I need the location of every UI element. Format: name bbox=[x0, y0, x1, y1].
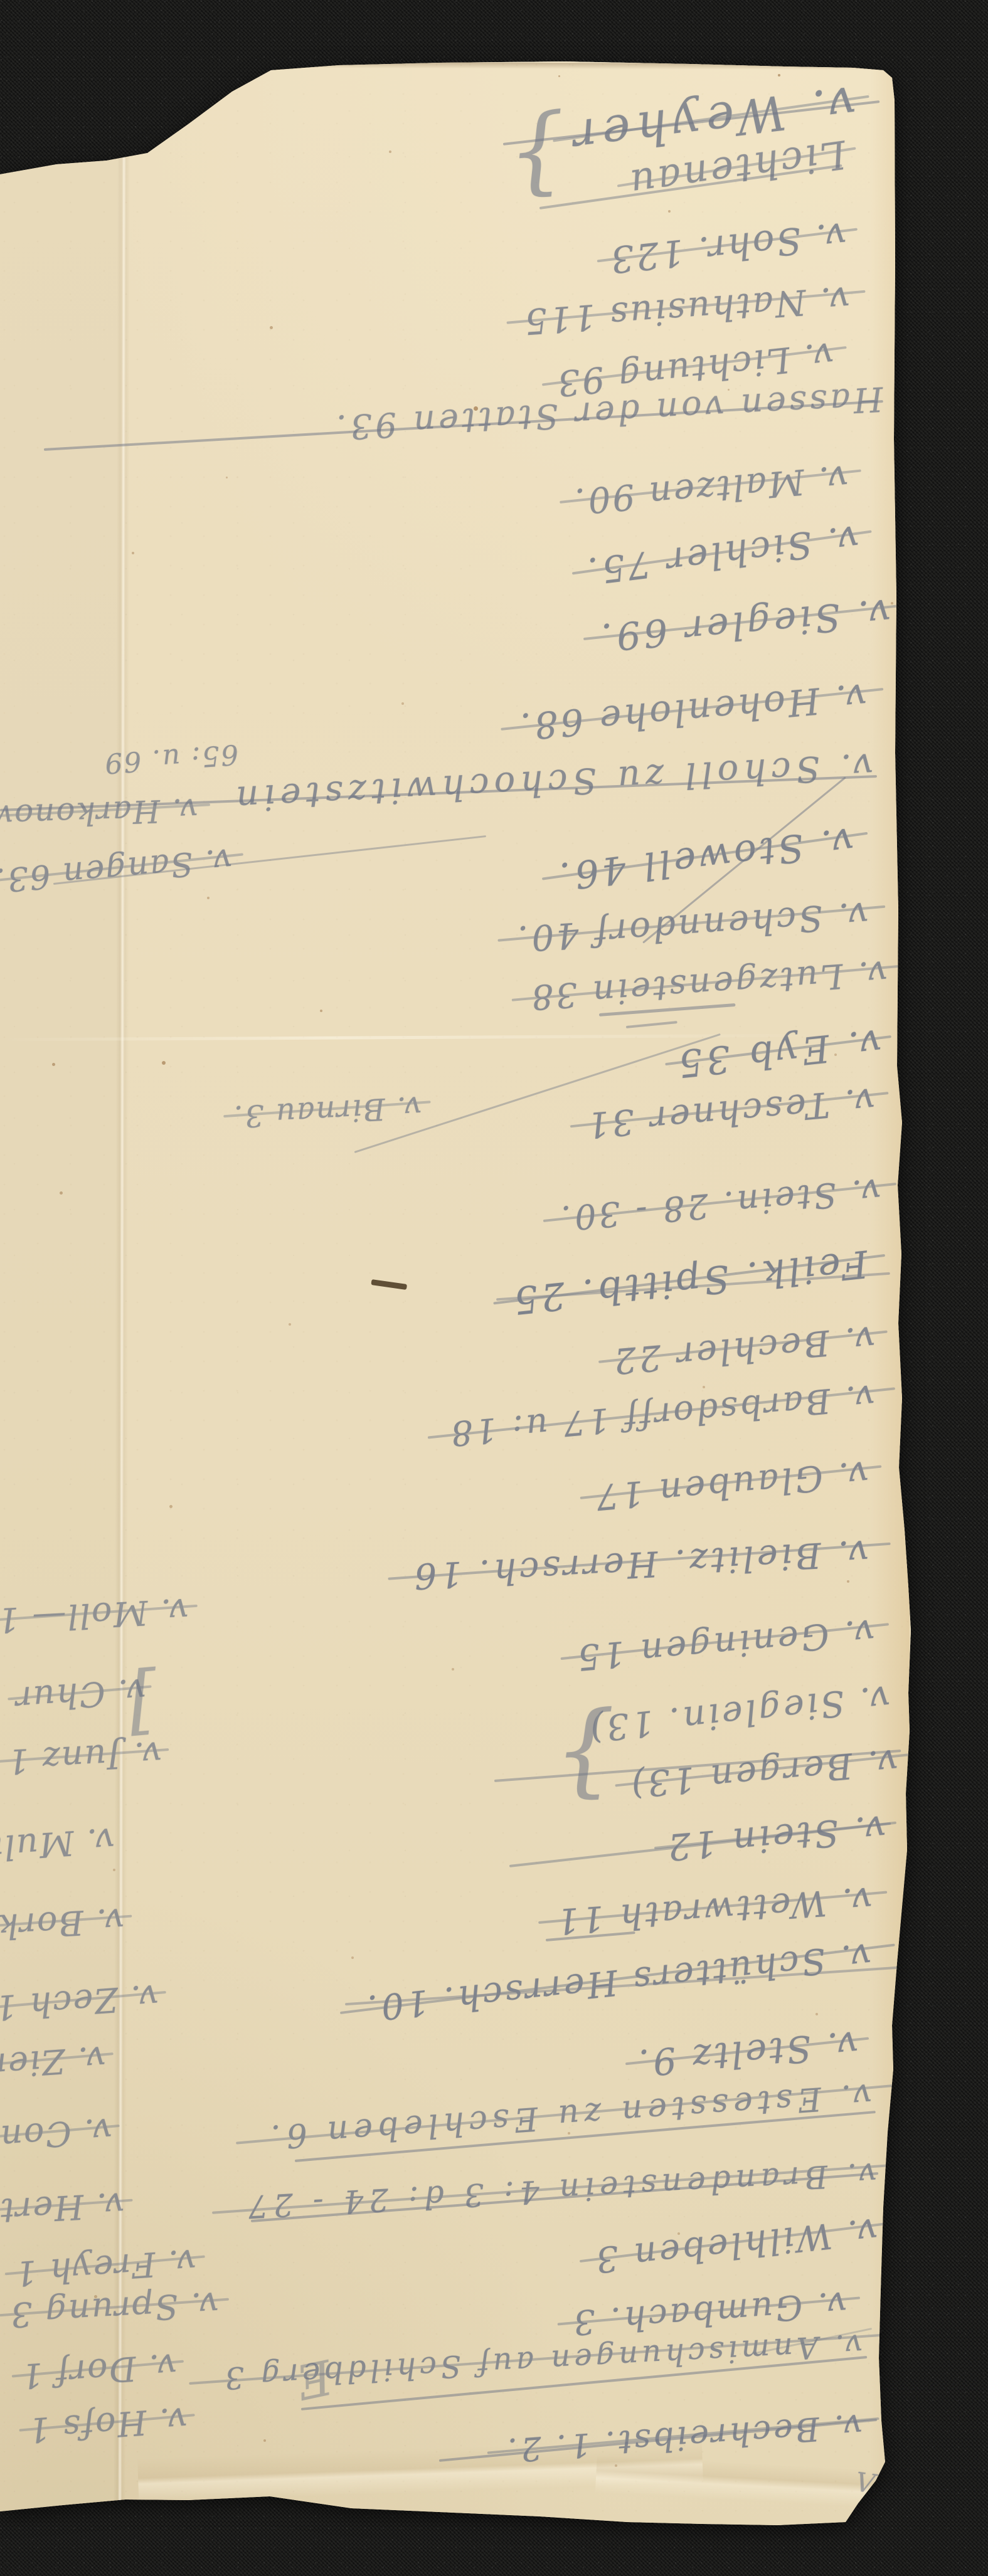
handwritten-entry-partial: v. Bork 1 bbox=[0, 1901, 125, 1947]
foxing-spot bbox=[834, 1053, 837, 1056]
pencil-mark-check-corner: V bbox=[854, 2467, 877, 2499]
foxing-spot bbox=[615, 2464, 617, 2467]
foxing-spot bbox=[162, 1061, 166, 1065]
foxing-spot bbox=[270, 326, 273, 329]
foxing-spot bbox=[401, 702, 404, 705]
foxing-spot bbox=[113, 1869, 115, 1871]
foxing-spot bbox=[847, 1580, 849, 1583]
pencil-mark-brace-13-pair: } bbox=[551, 1701, 621, 1816]
foxing-spot bbox=[778, 74, 780, 77]
torn-right-edge-tint bbox=[871, 65, 910, 2498]
foxing-spot bbox=[169, 1505, 173, 1508]
foxing-spot bbox=[668, 210, 671, 213]
folded-left-panel-shading bbox=[0, 150, 120, 2515]
paper-sheet: v. WeyherLichtenauv. Sohr. 123v. Nathusi… bbox=[0, 0, 988, 2576]
foxing-spot bbox=[474, 406, 478, 411]
foxing-spot bbox=[677, 2232, 680, 2235]
foxing-spot bbox=[815, 2013, 818, 2015]
foxing-spot bbox=[60, 1191, 63, 1195]
foxing-spot bbox=[132, 552, 134, 554]
manuscript-page: v. WeyherLichtenauv. Sohr. 123v. Nathusi… bbox=[0, 0, 988, 2576]
foxing-spot bbox=[452, 1668, 454, 1671]
foxing-spot bbox=[94, 2295, 97, 2298]
foxing-spot bbox=[207, 897, 210, 899]
foxing-spot bbox=[263, 2439, 266, 2442]
foxing-spot bbox=[389, 150, 391, 153]
foxing-spot bbox=[351, 1956, 354, 1959]
foxing-spot bbox=[226, 477, 228, 478]
foxing-spot bbox=[891, 602, 893, 604]
foxing-spot bbox=[320, 1010, 322, 1012]
foxing-spot bbox=[558, 75, 560, 77]
pencil-mark-brace-weyher: } bbox=[503, 103, 572, 213]
foxing-spot bbox=[728, 389, 730, 391]
foxing-spot bbox=[703, 1386, 705, 1388]
handwritten-entry-partial: v. Mult bbox=[0, 1820, 115, 1867]
manuscript-photo: v. WeyherLichtenauv. Sohr. 123v. Nathusi… bbox=[0, 0, 988, 2576]
foxing-spot bbox=[52, 1063, 55, 1066]
foxing-spot bbox=[289, 1323, 291, 1326]
foxing-spot bbox=[568, 2132, 570, 2135]
